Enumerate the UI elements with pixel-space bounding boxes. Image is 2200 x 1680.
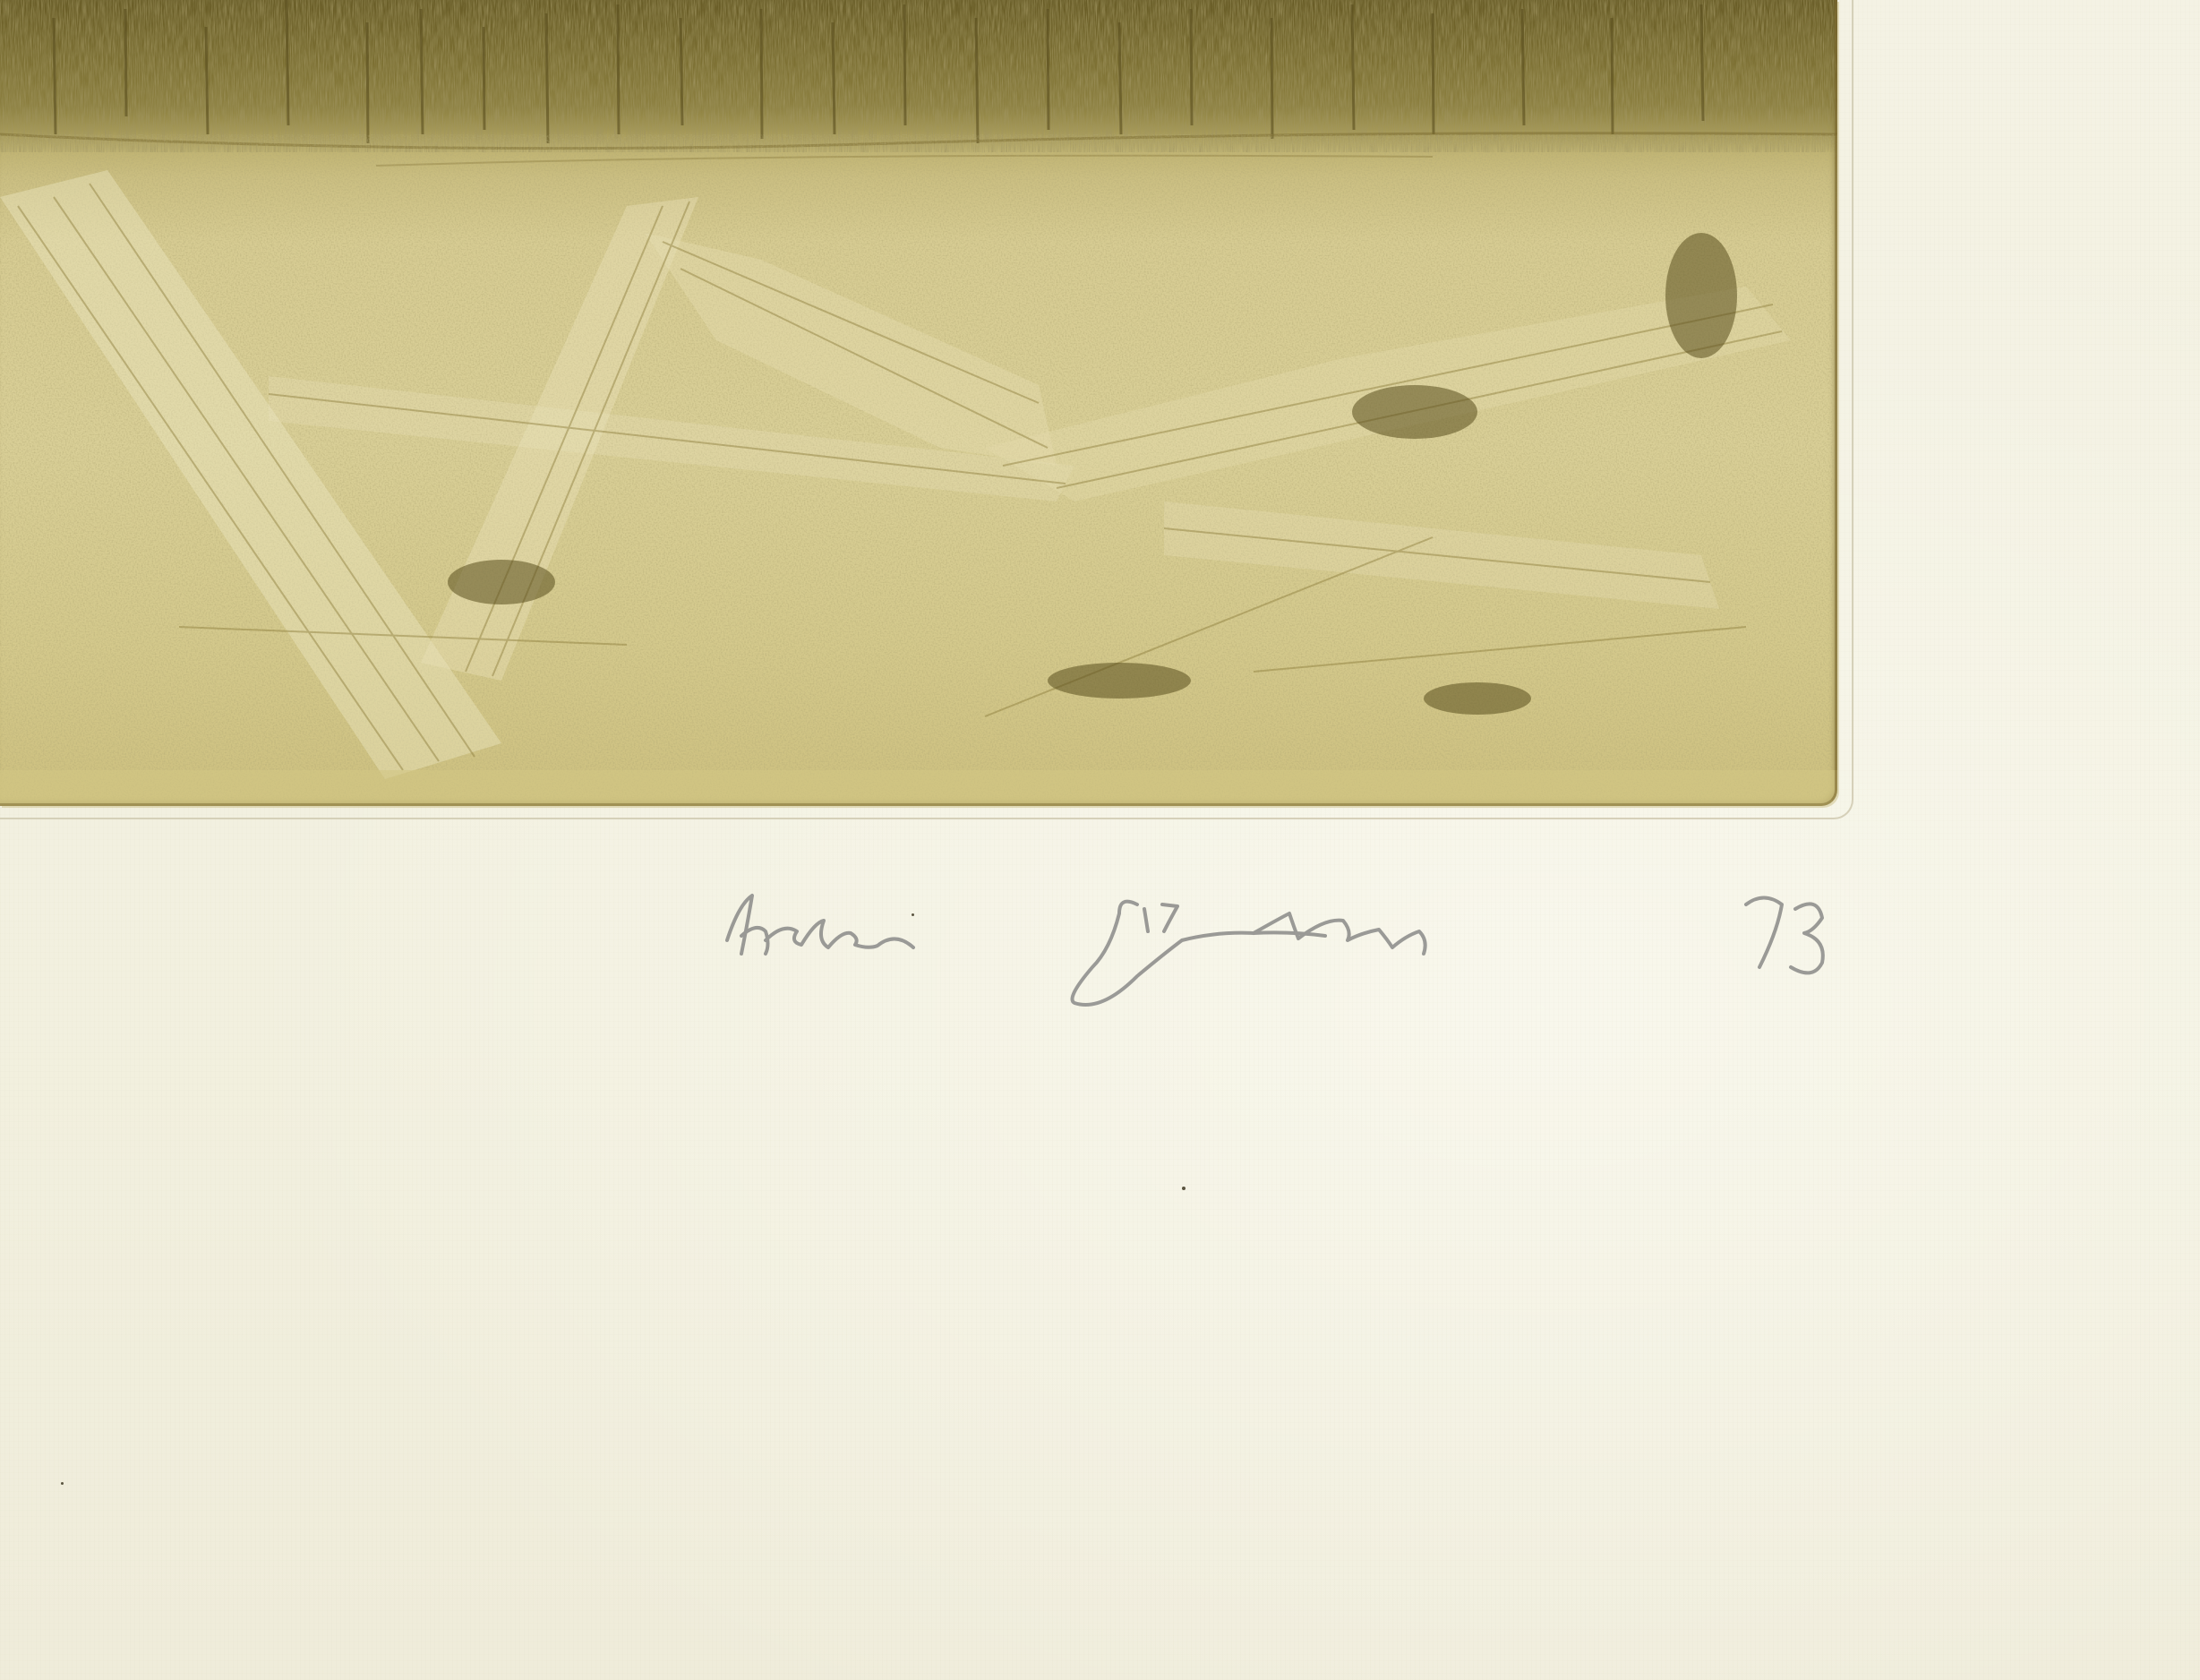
paper-speck — [1182, 1187, 1186, 1190]
etching-image — [0, 0, 1837, 806]
signature-date: 73 — [1719, 864, 1809, 967]
pencil-signature: Herbert Günther — [716, 869, 1845, 1012]
etching-plate — [0, 0, 1837, 806]
print-sheet: Herbert Günther 73 — [0, 0, 2200, 1680]
paper-speck — [61, 1482, 64, 1485]
paper-speck — [912, 913, 914, 916]
